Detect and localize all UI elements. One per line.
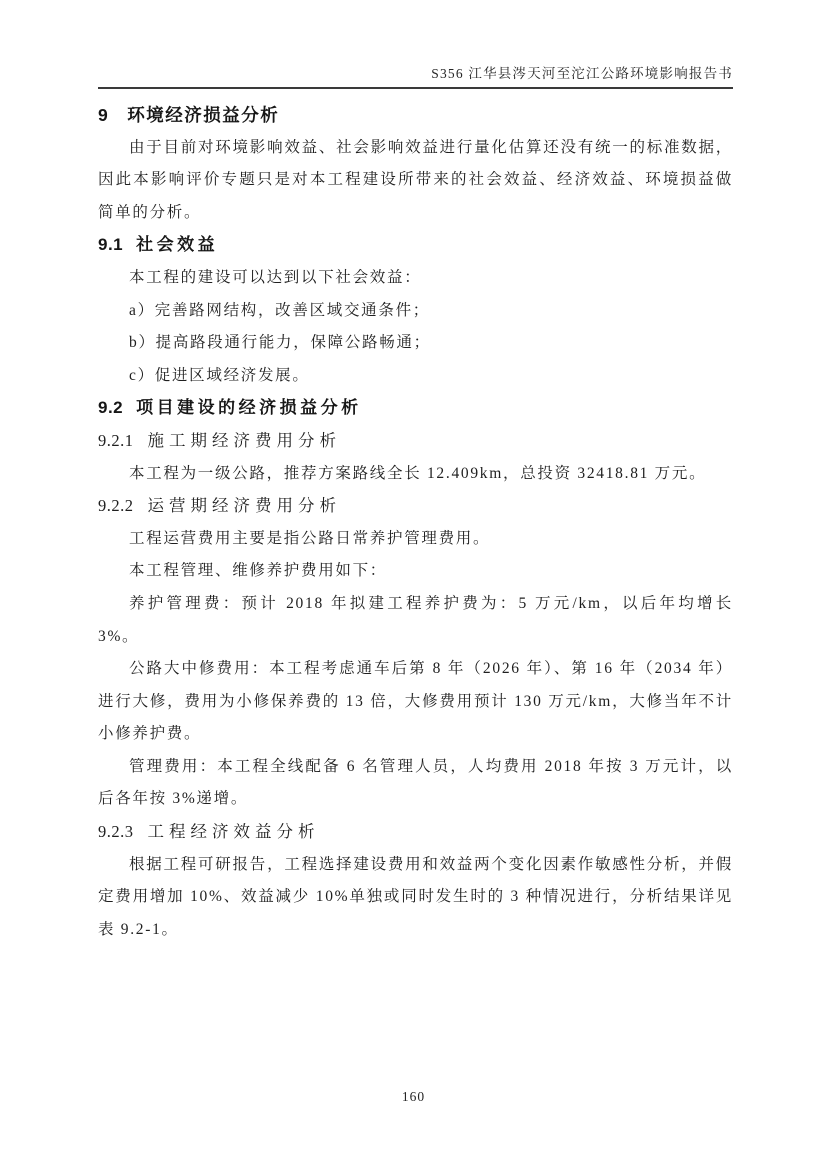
list-item: b）提高路段通行能力，保障公路畅通；	[98, 327, 733, 360]
section-title: 项目建设的经济损益分析	[136, 398, 362, 417]
subsection-number: 9.2.3	[98, 822, 134, 841]
section-number: 9.2	[98, 398, 123, 417]
paragraph: 根据工程可研报告，工程选择建设费用和效益两个变化因素作敏感性分析，并假定费用增加…	[98, 849, 733, 947]
chapter-heading: 9环境经济损益分析	[98, 99, 733, 132]
section-title: 社会效益	[136, 235, 218, 254]
document-page: S356 江华县涔天河至沱江公路环境影响报告书 9环境经济损益分析 由于目前对环…	[0, 0, 827, 1169]
section-number: 9.1	[98, 235, 123, 254]
subsection-heading: 9.2.1施工期经济费用分析	[98, 425, 733, 458]
paragraph: 本工程的建设可以达到以下社会效益：	[98, 262, 733, 295]
section-heading: 9.2项目建设的经济损益分析	[98, 392, 733, 425]
paragraph: 公路大中修费用：本工程考虑通车后第 8 年（2026 年）、第 16 年（203…	[98, 653, 733, 751]
paragraph: 本工程管理、维修养护费用如下：	[98, 555, 733, 588]
paragraph: 养护管理费：预计 2018 年拟建工程养护费为：5 万元/km，以后年均增长 3…	[98, 588, 733, 653]
page-number: 160	[0, 1089, 827, 1105]
chapter-number: 9	[98, 105, 108, 125]
paragraph: 管理费用：本工程全线配备 6 名管理人员，人均费用 2018 年按 3 万元计，…	[98, 751, 733, 816]
document-body: 9环境经济损益分析 由于目前对环境影响效益、社会影响效益进行量化估算还没有统一的…	[98, 99, 733, 946]
paragraph: 工程运营费用主要是指公路日常养护管理费用。	[98, 523, 733, 556]
subsection-number: 9.2.1	[98, 431, 134, 450]
subsection-heading: 9.2.2运营期经济费用分析	[98, 490, 733, 523]
paragraph: 本工程为一级公路，推荐方案路线全长 12.409km，总投资 32418.81 …	[98, 458, 733, 491]
list-item: c）促进区域经济发展。	[98, 360, 733, 393]
chapter-title: 环境经济损益分析	[127, 105, 279, 125]
subsection-title: 施工期经济费用分析	[148, 431, 342, 450]
list-item: a）完善路网结构，改善区域交通条件；	[98, 295, 733, 328]
header-divider	[98, 87, 733, 89]
subsection-title: 运营期经济费用分析	[148, 496, 342, 515]
section-heading: 9.1社会效益	[98, 229, 733, 262]
subsection-title: 工程经济效益分析	[148, 822, 320, 841]
subsection-heading: 9.2.3工程经济效益分析	[98, 816, 733, 849]
paragraph: 由于目前对环境影响效益、社会影响效益进行量化估算还没有统一的标准数据，因此本影响…	[98, 132, 733, 230]
running-header-title: S356 江华县涔天河至沱江公路环境影响报告书	[98, 62, 733, 82]
subsection-number: 9.2.2	[98, 496, 134, 515]
